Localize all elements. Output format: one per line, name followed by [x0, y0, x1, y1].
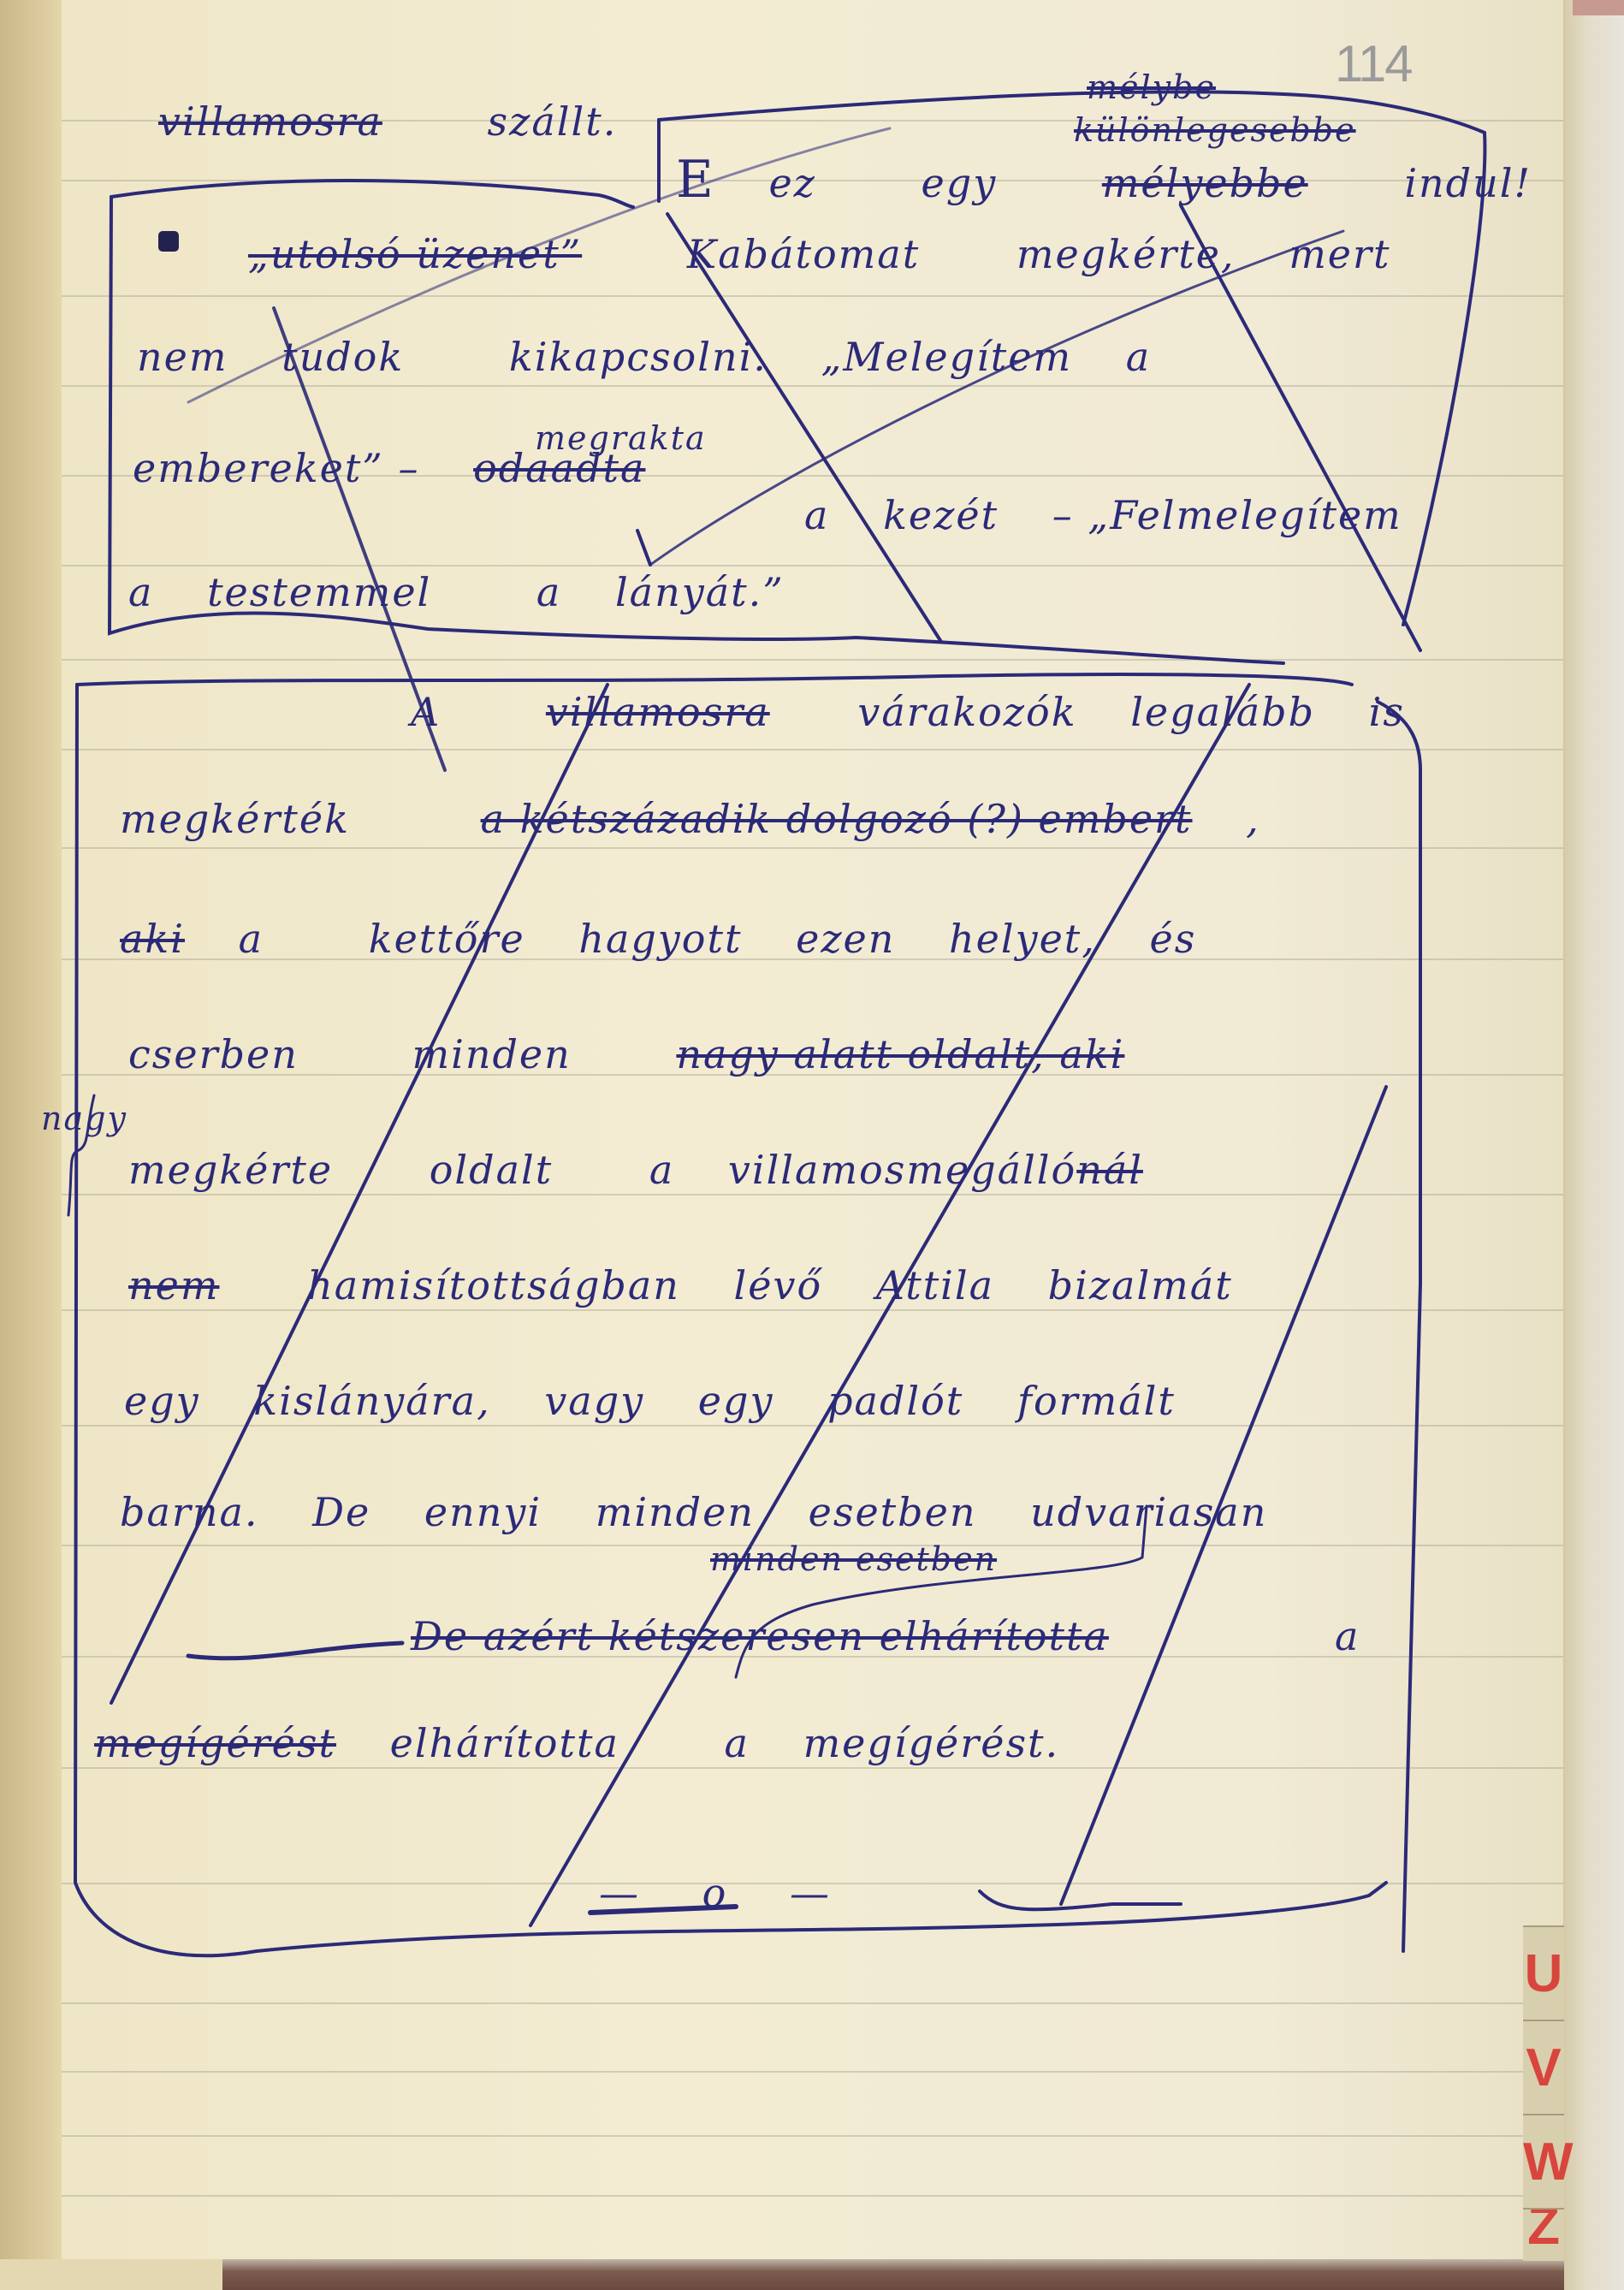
handwritten-line: villamosra szállt.: [158, 98, 656, 145]
margin-note: nagy: [41, 1100, 127, 1137]
insertion-above: mélybe: [1087, 68, 1216, 106]
word: – „Felmelegítem: [1052, 492, 1402, 538]
word: egy: [922, 160, 998, 206]
word: és: [1150, 916, 1197, 962]
ruled-line: [62, 749, 1563, 750]
handwritten-line: megkérték a kétszázadik dolgozó (?) embe…: [120, 796, 1300, 842]
handwritten-line: nem hamisítottságban lévő Attila bizalmá…: [128, 1262, 1272, 1308]
word: lévő: [734, 1262, 823, 1308]
handwritten-line: embereket” – odaadta: [133, 445, 685, 491]
word: a: [804, 492, 829, 538]
word: kezét: [883, 492, 999, 538]
struck-word: nál: [1076, 1147, 1143, 1193]
handwritten-line: egy kislányára, vagy egy padlót formált: [124, 1378, 1215, 1424]
word: embereket” –: [133, 445, 419, 491]
word: várakozók: [857, 689, 1076, 735]
word: megkérték: [120, 796, 350, 842]
word: legalább: [1130, 689, 1315, 735]
word: mert: [1289, 231, 1390, 277]
index-tab-v[interactable]: V: [1523, 2020, 1564, 2115]
word: A: [411, 689, 441, 735]
word: a: [1126, 334, 1151, 380]
word: elhárította: [390, 1720, 619, 1766]
word: megkérte,: [1016, 231, 1236, 277]
word: padlót: [827, 1378, 963, 1424]
word: testemmel: [207, 569, 431, 615]
notebook-right-edge: [1564, 0, 1624, 2290]
handwritten-line: E ez egy mélyebbe indul!: [676, 150, 1571, 210]
struck-word: megígérést: [94, 1720, 336, 1766]
ruled-line: [62, 659, 1563, 661]
handwritten-line: „utolsó üzenet” Kabátomat megkérte, mert: [248, 231, 1431, 277]
struck-word: villamosra: [546, 689, 770, 735]
word: vagy: [544, 1378, 644, 1424]
word: ,: [1246, 796, 1260, 842]
ruled-line: [62, 565, 1563, 567]
page-bottom-left: [0, 2259, 222, 2290]
word: a: [536, 569, 561, 615]
struck-line: De azért kétszeresen elhárította: [411, 1613, 1109, 1659]
struck-word: „utolsó üzenet”: [248, 231, 582, 277]
word: ennyi: [424, 1489, 542, 1535]
ruled-line: [62, 1194, 1563, 1195]
ruled-line: [62, 1309, 1563, 1311]
word: hagyott: [578, 916, 742, 962]
word: De: [312, 1489, 370, 1535]
bullet-mark: [158, 231, 179, 252]
word: „Melegítem: [821, 334, 1073, 380]
word: megígérést.: [803, 1720, 1060, 1766]
word: a: [1335, 1613, 1360, 1659]
word: villamosmegálló: [728, 1147, 1076, 1193]
handwritten-line: a kezét – „Felmelegítem: [804, 492, 1442, 538]
notebook-left-edge: [0, 0, 64, 2290]
index-tab-w[interactable]: W: [1523, 2114, 1564, 2210]
word: kettőre: [369, 916, 525, 962]
handwritten-line: megígérést elhárította a megígérést.: [94, 1720, 1099, 1766]
word: ez: [768, 160, 815, 206]
word: E: [676, 150, 715, 210]
handwritten-line: nem tudok kikapcsolni. „Melegítem a: [137, 334, 1190, 380]
binding-corner: [1573, 0, 1624, 15]
ruled-line: [62, 847, 1563, 849]
handwritten-line: aki a kettőre hagyott ezen helyet, és: [120, 916, 1236, 962]
handwritten-line: barna. De ennyi minden esetben udvariasa…: [120, 1489, 1307, 1535]
word: a: [725, 1720, 750, 1766]
page-number: 114: [1335, 34, 1412, 93]
word: a: [239, 916, 264, 962]
handwritten-line: cserben minden nagy alatt oldalt, aki: [128, 1031, 1164, 1077]
word: lányát.”: [615, 569, 785, 615]
word: kikapcsolni.: [509, 334, 768, 380]
word: minden: [412, 1031, 572, 1077]
word: a: [128, 569, 153, 615]
word: barna.: [120, 1489, 259, 1535]
word: is: [1369, 689, 1405, 735]
word: Attila: [876, 1262, 994, 1308]
index-tab-z[interactable]: Z: [1523, 2208, 1564, 2261]
word: formált: [1017, 1378, 1176, 1424]
word: egy: [124, 1378, 200, 1424]
word: bizalmát: [1048, 1262, 1233, 1308]
word: minden: [596, 1489, 755, 1535]
struck-word: nagy alatt oldalt, aki: [676, 1031, 1124, 1077]
word: udvariasan: [1030, 1489, 1267, 1535]
struck-word: villamosra: [158, 98, 382, 145]
word: helyet,: [949, 916, 1096, 962]
table-surface: [222, 2259, 1564, 2290]
ruled-line: [62, 1425, 1563, 1427]
struck-word: mélyebbe: [1102, 160, 1308, 206]
word: megkérte: [128, 1147, 333, 1193]
word: kislányára,: [253, 1378, 490, 1424]
handwritten-line: A villamosra várakozók legalább is: [411, 689, 1444, 735]
ruled-line: [62, 2071, 1563, 2073]
ruled-line: [62, 1767, 1563, 1769]
handwritten-line: a testemmel a lányát.”: [128, 569, 824, 615]
index-tab-u[interactable]: U: [1523, 1925, 1564, 2021]
insertion-below: minden esetben: [710, 1540, 997, 1578]
word: indul!: [1404, 160, 1532, 206]
struck-word: aki: [120, 916, 185, 962]
struck-word: a kétszázadik dolgozó (?) embert: [481, 796, 1193, 842]
ruled-line: [62, 295, 1563, 297]
word: a: [649, 1147, 674, 1193]
word: esetben: [809, 1489, 977, 1535]
word: Kabátomat: [687, 231, 920, 277]
end-mark: — o —: [599, 1870, 855, 1916]
insertion-above: különlegesebbe: [1074, 111, 1356, 149]
ruled-line: [62, 2195, 1563, 2197]
ruled-line: [62, 385, 1563, 387]
ruled-line: [62, 2002, 1563, 2004]
word: oldalt: [430, 1147, 553, 1193]
word: ezen: [796, 916, 895, 962]
word: szállt.: [488, 98, 618, 145]
struck-word: odaadta: [473, 445, 645, 491]
word: hamisítottságban: [307, 1262, 680, 1308]
struck-word: nem: [128, 1262, 219, 1308]
word: egy: [698, 1378, 774, 1424]
word: nem: [137, 334, 228, 380]
ruled-line: [62, 2135, 1563, 2137]
handwritten-line: megkérte oldalt a villamosmegállónál: [128, 1147, 1143, 1193]
word: tudok: [282, 334, 404, 380]
word: cserben: [128, 1031, 299, 1077]
